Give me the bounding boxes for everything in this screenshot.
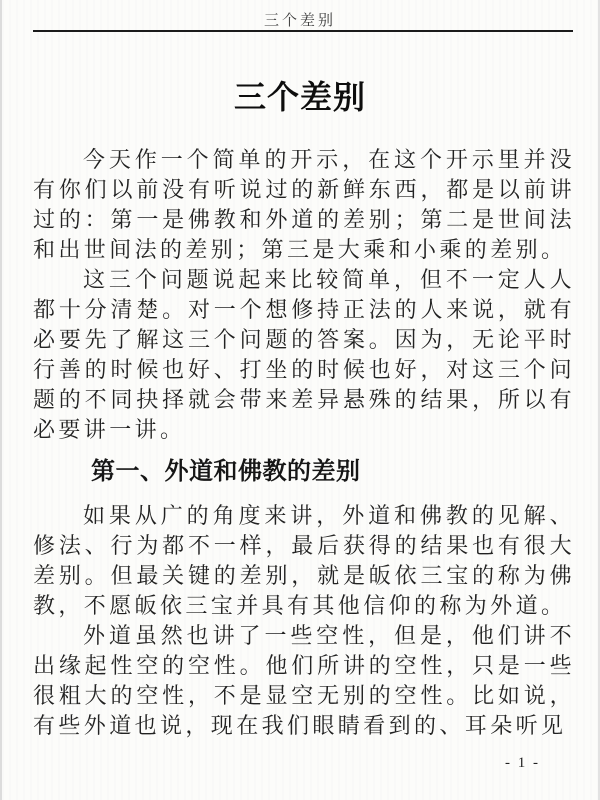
header-rule <box>33 30 573 32</box>
document-title: 三个差别 <box>2 78 598 116</box>
running-header: 三个差别 <box>2 9 598 30</box>
paragraph-refuge-distinction: 如果从广的角度来讲，外道和佛教的见解、修法、行为都不一样，最后获得的结果也有很大… <box>33 501 575 621</box>
paragraph-intro: 今天作一个简单的开示，在这个开示里并没有你们以前没有听说过的新鲜东西，都是以前讲… <box>33 145 575 265</box>
paragraph-importance: 这三个问题说起来比较简单，但不一定人人都十分清楚。对一个想修持正法的人来说，就有… <box>33 265 575 445</box>
page-number: - 1 - <box>505 755 540 771</box>
running-header-title: 三个差别 <box>264 13 336 29</box>
page-footer: - 1 - <box>505 755 540 772</box>
paragraph-emptiness: 外道虽然也讲了一些空性，但是，他们讲不出缘起性空的空性。他们所讲的空性，只是一些… <box>33 621 575 741</box>
document-page: 三个差别 三个差别 今天作一个简单的开示，在这个开示里并没有你们以前没有听说过的… <box>0 0 600 800</box>
section-heading-first-difference: 第一、外道和佛教的差别 <box>33 457 575 487</box>
document-body: 今天作一个简单的开示，在这个开示里并没有你们以前没有听说过的新鲜东西，都是以前讲… <box>33 145 575 741</box>
